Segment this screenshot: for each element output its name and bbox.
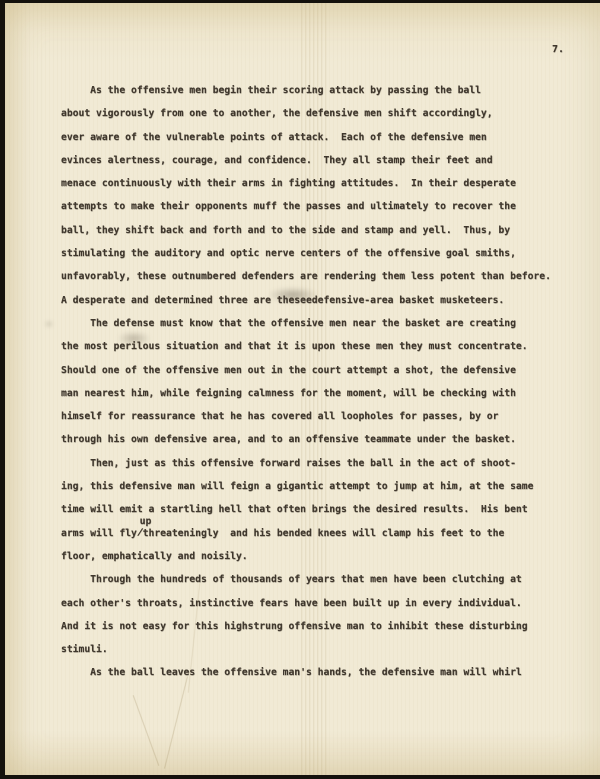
crease-mark bbox=[132, 695, 160, 766]
typed-line: himself for reassurance that he has cove… bbox=[61, 411, 581, 434]
typed-line: the most perilous situation and that it … bbox=[61, 341, 581, 364]
ink-smudge bbox=[45, 321, 53, 327]
insertion-caret: / bbox=[136, 526, 143, 538]
typed-line: menace continuously with their arms in f… bbox=[61, 178, 581, 201]
typed-line: Through the hundreds of thousands of yea… bbox=[61, 574, 581, 597]
typed-line: unfavorably, these outnumbered defenders… bbox=[61, 271, 581, 294]
typed-line: floor, emphatically and noisily. bbox=[61, 551, 581, 574]
page-number: 7. bbox=[552, 44, 564, 55]
scan-backdrop: 7. As the offensive men begin their scor… bbox=[0, 0, 600, 779]
typed-line: evinces alertness, courage, and confiden… bbox=[61, 155, 581, 178]
typed-line: As the offensive men begin their scoring… bbox=[61, 85, 581, 108]
line-text: threateningly and his bended knees will … bbox=[143, 528, 505, 539]
typed-line: ing, this defensive man will feign a gig… bbox=[61, 481, 581, 504]
typed-line: through his own defensive area, and to a… bbox=[61, 434, 581, 457]
typed-line: Then, just as this offensive forward rai… bbox=[61, 458, 581, 481]
typed-line: ever aware of the vulnerable points of a… bbox=[61, 132, 581, 155]
typed-line: The defense must know that the offensive… bbox=[61, 318, 581, 341]
typed-line: ball, they shift back and forth and to t… bbox=[61, 225, 581, 248]
typed-line: stimulating the auditory and optic nerve… bbox=[61, 248, 581, 271]
typed-line: As the ball leaves the offensive man's h… bbox=[61, 667, 581, 690]
typed-line: Should one of the offensive men out in t… bbox=[61, 365, 581, 388]
typed-line: each other's throats, instinctive fears … bbox=[61, 598, 581, 621]
typed-line: And it is not easy for this highstrung o… bbox=[61, 621, 581, 644]
typed-line: attempts to make their opponents muff th… bbox=[61, 201, 581, 224]
typed-line: about vigorously from one to another, th… bbox=[61, 108, 581, 131]
typed-line: stimuli. bbox=[61, 644, 581, 667]
line-text: arms will fly bbox=[61, 528, 137, 539]
typed-line: arms will fly/upthreateningly and his be… bbox=[61, 528, 581, 551]
typed-line: A desperate and determined three are the… bbox=[61, 295, 581, 318]
document-page: 7. As the offensive men begin their scor… bbox=[5, 3, 600, 775]
typed-lines: As the offensive men begin their scoring… bbox=[61, 85, 581, 691]
insertion-above-text: up bbox=[140, 516, 152, 527]
typed-line: man nearest him, while feigning calmness… bbox=[61, 388, 581, 411]
